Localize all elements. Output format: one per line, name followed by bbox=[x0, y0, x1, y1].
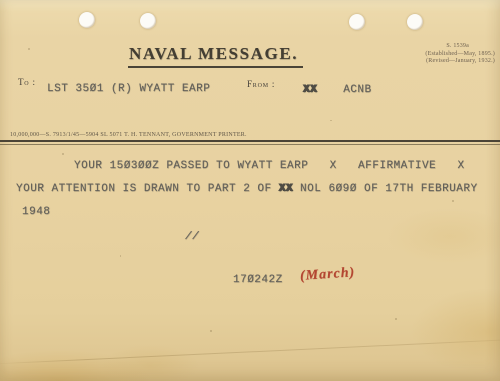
form-title: NAVAL MESSAGE. bbox=[128, 44, 303, 68]
handwritten-month-annotation: (March) bbox=[300, 265, 356, 285]
to-value: LST 35Ø1 (R) WYATT EARP bbox=[47, 83, 210, 95]
from-originator: ACNB bbox=[317, 84, 371, 96]
form-revised-note: (Revised—January, 1932.) bbox=[425, 58, 495, 66]
from-value: XXACNB bbox=[303, 84, 372, 96]
paper-crease bbox=[0, 338, 500, 364]
punch-hole bbox=[140, 13, 156, 29]
from-strikeout-text: XX bbox=[303, 84, 317, 96]
form-reference-block: S. 1539a (Established—May, 1895.) (Revis… bbox=[425, 43, 495, 66]
paper-speck bbox=[62, 153, 64, 155]
punch-hole bbox=[407, 14, 423, 30]
message-line-2: YOUR ATTENTION IS DRAWN TO PART 2 OF XX … bbox=[16, 183, 478, 195]
paper-speck bbox=[395, 318, 397, 320]
datetime-group: 17Ø242Z bbox=[233, 274, 283, 286]
paper-speck bbox=[28, 48, 30, 50]
message-line-2-post: NOL 6Ø9Ø OF 17TH FEBRUARY bbox=[293, 183, 478, 195]
printer-imprint: 10,000,000—S. 7913/1/45—5904 SL 5071 T. … bbox=[10, 132, 247, 138]
message-line-2-pre: YOUR ATTENTION IS DRAWN TO PART 2 OF bbox=[16, 183, 279, 195]
punch-hole bbox=[349, 14, 365, 30]
message-strikeout-text: XX bbox=[279, 183, 293, 195]
form-established-note: (Established—May, 1895.) bbox=[425, 51, 495, 59]
paper-speck bbox=[120, 255, 121, 257]
paper-speck bbox=[330, 120, 332, 121]
punch-hole bbox=[79, 12, 95, 28]
form-number: S. 1539a bbox=[425, 43, 495, 51]
paper-speck bbox=[452, 200, 454, 202]
message-line-3: 1948 bbox=[22, 206, 50, 218]
message-line-1: YOUR 15Ø3ØØZ PASSED TO WYATT EARP X AFFI… bbox=[74, 160, 465, 172]
header-divider-rule bbox=[0, 140, 500, 145]
to-label: To : bbox=[18, 77, 36, 87]
naval-message-scan: NAVAL MESSAGE. S. 1539a (Established—May… bbox=[0, 0, 500, 381]
from-label: From : bbox=[247, 79, 275, 89]
paper-speck bbox=[210, 330, 212, 332]
end-of-message-mark: // bbox=[185, 231, 199, 243]
